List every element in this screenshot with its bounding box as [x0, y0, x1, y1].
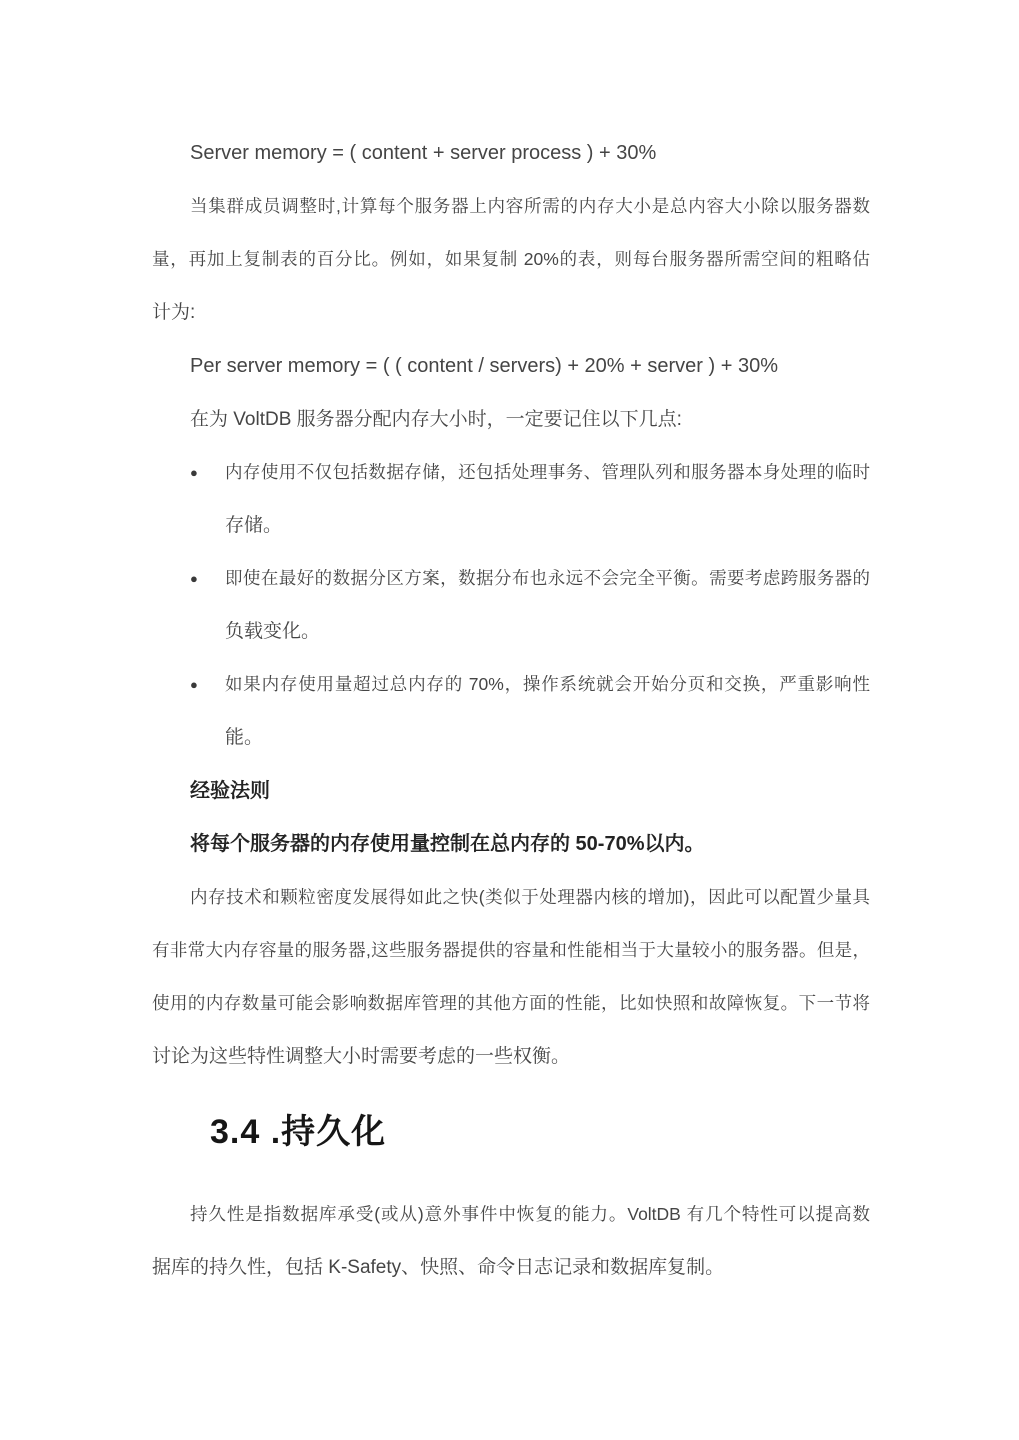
bullet1-line-2: 存储。 [225, 499, 282, 552]
paragraph-memory-tech-line-2: 有非常大内存容量的服务器,这些服务器提供的容量和性能相当于大量较小的服务器。但是… [152, 924, 870, 977]
document-page: Server memory = ( content + server proce… [0, 0, 1019, 1440]
bullet-marker-icon: ● [190, 552, 198, 605]
bullet-marker-icon: ● [190, 446, 198, 499]
bullet-list-intro: 在为 VoltDB 服务器分配内存大小时，一定要记住以下几点: [190, 393, 682, 446]
bullet3-line-1: 如果内存使用量超过总内存的 70%，操作系统就会开始分页和交换，严重影响性 [225, 658, 870, 711]
bullet2-line-1: 即使在最好的数据分区方案，数据分布也永远不会完全平衡。需要考虑跨服务器的 [225, 552, 870, 605]
paragraph-cluster-line-1: 当集群成员调整时,计算每个服务器上内容所需的内存大小是总内容大小除以服务器数 [190, 180, 870, 233]
formula-per-server-memory: Per server memory = ( ( content / server… [190, 340, 778, 393]
rule-of-thumb-body: 将每个服务器的内存使用量控制在总内存的 50-70%以内。 [190, 818, 705, 871]
paragraph-durability-line-2: 据库的持久性，包括 K-Safety、快照、命令日志记录和数据库复制。 [152, 1241, 724, 1294]
bullet3-line-2: 能。 [225, 711, 263, 764]
bullet-marker-icon: ● [190, 658, 198, 711]
paragraph-memory-tech-line-1: 内存技术和颗粒密度发展得如此之快(类似于处理器内核的增加)，因此可以配置少量具 [190, 871, 870, 924]
paragraph-memory-tech-line-4: 讨论为这些特性调整大小时需要考虑的一些权衡。 [152, 1030, 570, 1083]
paragraph-durability-line-1: 持久性是指数据库承受(或从)意外事件中恢复的能力。VoltDB 有几个特性可以提… [190, 1188, 870, 1241]
section-heading-persistence: 3.4 .持久化 [210, 1106, 386, 1159]
paragraph-memory-tech-line-3: 使用的内存数量可能会影响数据库管理的其他方面的性能，比如快照和故障恢复。下一节将 [152, 977, 870, 1030]
paragraph-cluster-line-3: 计为: [152, 286, 195, 339]
bullet1-line-1: 内存使用不仅包括数据存储，还包括处理事务、管理队列和服务器本身处理的临时 [225, 446, 870, 499]
rule-of-thumb-title: 经验法则 [190, 765, 270, 818]
paragraph-cluster-line-2: 量，再加上复制表的百分比。例如，如果复制 20%的表，则每台服务器所需空间的粗略… [152, 233, 870, 286]
formula-server-memory: Server memory = ( content + server proce… [190, 127, 656, 180]
bullet2-line-2: 负载变化。 [225, 605, 320, 658]
